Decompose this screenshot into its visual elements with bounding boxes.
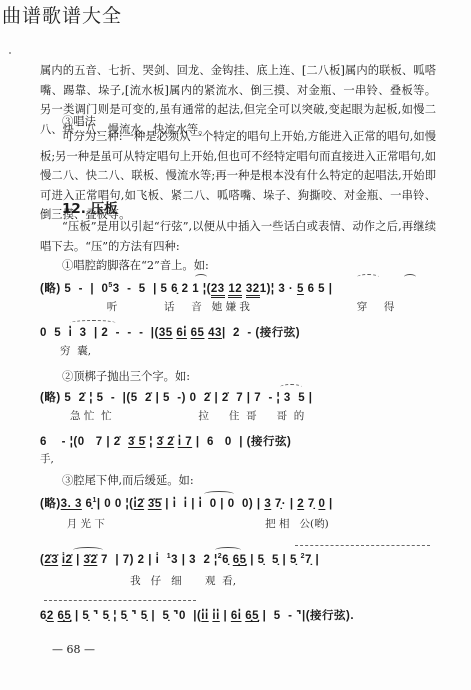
- tie-mark: [357, 274, 379, 280]
- score-ex2-line2: 6 - ¦(0 7 | 2̇ 3̇ 5̇ ¦ 3̇ 2̇ i̇ 7 | 6 0 …: [40, 433, 291, 449]
- lyrics-ex1-line2: 穷 囊,: [40, 343, 91, 358]
- page-number: — 68 —: [52, 643, 95, 656]
- method-1-heading: ①唱腔韵脚落在“2”音上。如:: [62, 257, 209, 273]
- lyrics-ex3-line2: 我 仔 细 观 看,: [40, 573, 236, 588]
- tie-mark: [280, 384, 302, 390]
- slur-line: [295, 545, 430, 546]
- score-ex3-line1: (略)3. 3 6̣1| 0 0 ¦(i̇2̇ 3̇5̇ | i̇ i̇ | i…: [40, 495, 333, 511]
- lyrics-ex2-line2: 手,: [40, 451, 54, 466]
- lyrics-ex2-line1: 急 忙 忙 拉 住 哥 哥 的: [40, 408, 304, 423]
- score-ex3-line3: 6̣2 6̣5̣ | 5̣ ⌝ 5̣ ¦ 5̣ ⌝ 5̣ | 5̣ ⌝0 |(i…: [40, 607, 354, 623]
- score-ex1-line1: (略) 5 - | 053 - 5 | 5 6̣ 2 1 ¦(23 12 321…: [40, 280, 332, 296]
- slur-line: [44, 600, 196, 601]
- tie-mark: [70, 320, 116, 326]
- section-title: 12. 压板: [62, 197, 118, 217]
- score-ex1-line2: 0 5 i̇ 3 | 2 - - - |(35 6i̇ 65 43| 2 - (…: [40, 324, 300, 340]
- scan-speck: [9, 52, 11, 54]
- tie-mark: [73, 547, 103, 553]
- tie-mark: [195, 274, 207, 280]
- tie-mark: [404, 274, 416, 280]
- score-ex3-line2: (2̇3̇ i̇2̇ | 3̇2̇ 7 | 7) 2 | i̇ 13 | 3 2…: [40, 553, 319, 566]
- lyrics-ex3-line1: 月 光 下 把 相 公(哟): [40, 516, 329, 531]
- lyrics-ex1-line1: 听 话 音 她 嫌 我 穿 得: [40, 299, 394, 314]
- book-title: 曲谱歌谱大全: [2, 1, 122, 28]
- method-3-heading: ③腔尾下伸,而后缓延。如:: [62, 472, 194, 488]
- tie-mark: [204, 491, 234, 497]
- tie-mark: [215, 547, 241, 553]
- method-2-heading: ②顶梆子抛出三个字。如:: [62, 368, 190, 384]
- score-ex2-line1: (略) 5 2̇ ¦ 5 - |(5 2̇ | 5 -) 0 2̇ | 2̇ 7…: [40, 389, 313, 405]
- paragraph-yaban: “压板”是用以引起“行弦”,以便从中插入一些话白或表情、动作之后,再继续唱下去。…: [40, 217, 436, 256]
